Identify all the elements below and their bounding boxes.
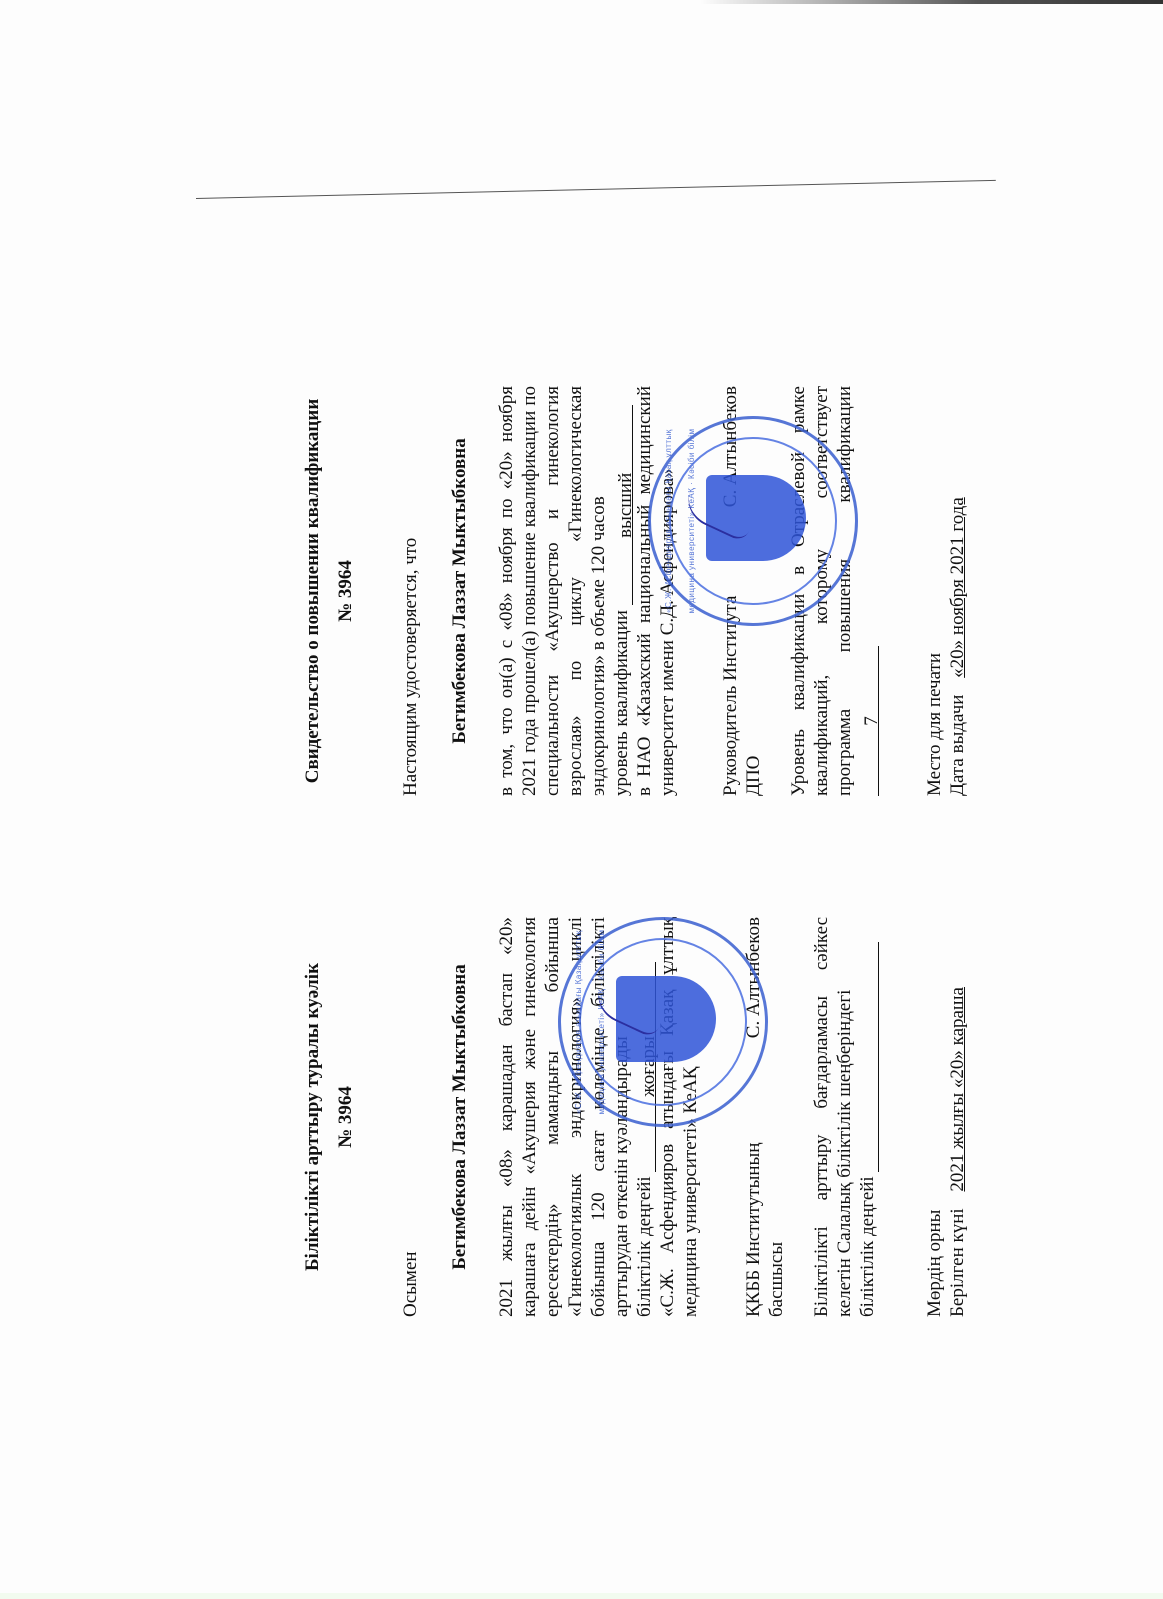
- ru-issue-date-label: Дата выдачи: [947, 695, 968, 796]
- kz-university-seal: «С.Ж. Асфендияров атындағы Қазақ ұлттық …: [558, 917, 768, 1127]
- ru-recipient-name: Бегимбекова Лаззат Мыктыбковна: [448, 386, 471, 796]
- ru-framework-level-value: 7: [860, 646, 879, 796]
- certificate-document: Біліктілікті арттыру туралы куәлік № 396…: [0, 0, 1163, 1599]
- kz-issue-date: Берілген күні 2021 жылғы «20» караша: [946, 917, 969, 1317]
- ru-issue-date: Дата выдачи «20» ноября 2021 года: [946, 386, 969, 796]
- kz-number: № 3964: [334, 917, 357, 1317]
- ru-level-line: уровень квалификации высший: [610, 386, 633, 796]
- kz-level-label: біліктілік деңгейі: [634, 1176, 655, 1317]
- kz-title: Біліктілікті арттыру туралы куәлік: [300, 917, 326, 1317]
- kz-stamp-place: Мөрдің орны: [923, 917, 946, 1317]
- kz-framework-level-blank: [860, 942, 879, 1172]
- kz-framework-level-line: біліктілік деңгейі: [856, 917, 879, 1317]
- kz-issue-date-label: Берілген күні: [947, 1208, 968, 1317]
- ru-title: Свидетельство о повышении квалификации: [300, 386, 326, 796]
- ru-body: в том, что он(а) с «08» ноября по «20» н…: [495, 386, 679, 796]
- kz-framework-level-label: біліктілік деңгейі: [857, 1176, 878, 1317]
- kz-recipient-name: Бегимбекова Лаззат Мыктыбковна: [448, 917, 471, 1317]
- ru-stamp-place: Место для печати: [923, 386, 946, 796]
- ru-level-value: высший: [614, 405, 633, 605]
- scanned-page: Біліктілікті арттыру туралы куәлік № 396…: [0, 0, 1163, 1599]
- ru-body-text: в том, что он(а) с «08» ноября по «20» н…: [495, 386, 610, 796]
- kazakh-certificate: Біліктілікті арттыру туралы куәлік № 396…: [300, 917, 969, 1317]
- kz-framework-block: Біліктілікті арттыру бағдарламасы сәйкес…: [810, 917, 879, 1317]
- ru-level-label: уровень квалификации: [611, 610, 632, 796]
- kz-framework-text: Біліктілікті арттыру бағдарламасы сәйкес…: [810, 917, 856, 1317]
- ru-number: № 3964: [334, 386, 357, 796]
- ru-intro: Настоящим удостоверяется, что: [399, 386, 422, 796]
- kz-issue-date-value: 2021 жылғы «20» караша: [947, 987, 968, 1192]
- ru-issue-date-value: «20» ноября 2021 года: [947, 497, 968, 678]
- kz-intro: Осымен: [399, 917, 422, 1317]
- russian-certificate: Свидетельство о повышении квалификации №…: [300, 386, 969, 796]
- kz-signer-role-2: басшысы: [765, 917, 788, 1317]
